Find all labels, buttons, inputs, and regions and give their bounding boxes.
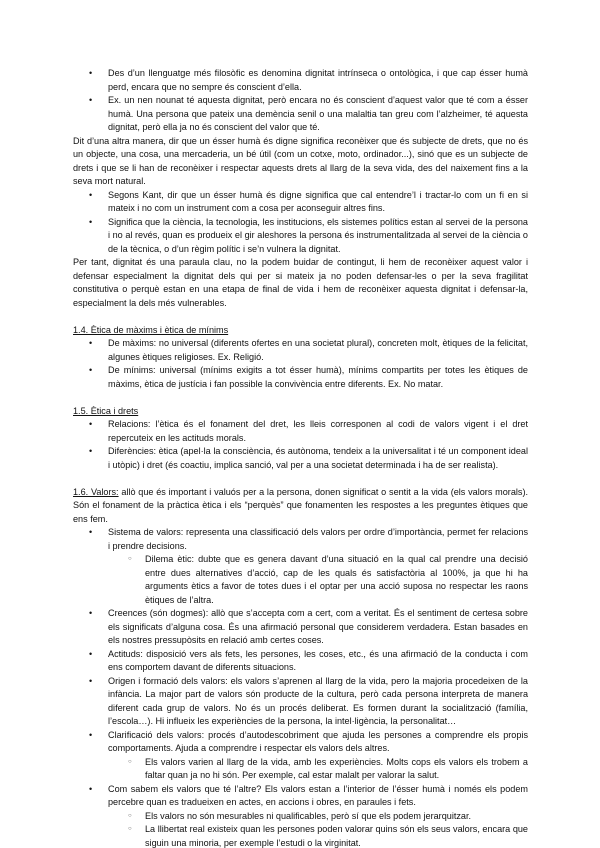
sub-list-item: Els valors varien al llarg de la vida, a… (73, 756, 528, 783)
list-item: Significa que la ciència, la tecnologia,… (73, 216, 528, 257)
list-item: Relacions: l’ètica és el fonament del dr… (73, 418, 528, 445)
list-item: Actituds: disposició vers als fets, les … (73, 648, 528, 675)
list-item: Creences (són dogmes): allò que s’accept… (73, 607, 528, 648)
list-item: De mínims: universal (mínims exigits a t… (73, 364, 528, 391)
list-item: Des d’un llenguatge més filosòfic es den… (73, 67, 528, 94)
list-item: Diferències: ètica (apel·la la consciènc… (73, 445, 528, 472)
paragraph: Dit d’una altra manera, dir que un ésser… (73, 135, 528, 189)
list-item: Segons Kant, dir que un ésser humà és di… (73, 189, 528, 216)
section-14-list: De màxims: no universal (diferents ofert… (73, 337, 528, 391)
document-page: Des d’un llenguatge més filosòfic es den… (73, 67, 528, 848)
spacer (73, 472, 528, 486)
list-item: Sistema de valors: representa una classi… (73, 526, 528, 607)
sub-list-item: Els valors no són mesurables ni qualific… (73, 810, 528, 824)
heading-text: 1.5. Ètica i drets (73, 406, 138, 416)
list-item: De màxims: no universal (diferents ofert… (73, 337, 528, 364)
list-item: Origen i formació dels valors: els valor… (73, 675, 528, 729)
sub-list: Dilema ètic: dubte que es genera davant … (108, 553, 528, 607)
list-item: Ex. un nen nounat té aquesta dignitat, p… (73, 94, 528, 135)
list-item: Com sabem els valors que té l’altre? Els… (73, 783, 528, 848)
spacer (73, 391, 528, 405)
item-text: Sistema de valors: representa una classi… (108, 527, 528, 551)
section-16-intro: 1.6. Valors: allò que és important i val… (73, 486, 528, 527)
sub-list: Els valors no són mesurables ni qualific… (108, 810, 528, 848)
kant-list: Segons Kant, dir que un ésser humà és di… (73, 189, 528, 257)
spacer (73, 310, 528, 324)
section-16-list: Sistema de valors: representa una classi… (73, 526, 528, 848)
heading-text: 1.6. Valors: (73, 487, 119, 497)
section-15-list: Relacions: l’ètica és el fonament del dr… (73, 418, 528, 472)
paragraph: Per tant, dignitat és una paraula clau, … (73, 256, 528, 310)
intro-text: allò que és important i valuós per a la … (73, 487, 528, 524)
item-text: Clarificació dels valors: procés d’autod… (108, 730, 528, 754)
sub-list: Els valors varien al llarg de la vida, a… (108, 756, 528, 783)
sub-list-item: La llibertat real existeix quan les pers… (73, 823, 528, 848)
sub-list-item: Dilema ètic: dubte que es genera davant … (73, 553, 528, 607)
section-heading: 1.5. Ètica i drets (73, 405, 528, 419)
list-item: Clarificació dels valors: procés d’autod… (73, 729, 528, 783)
heading-text: 1.4. Ètica de màxims i ètica de mínims (73, 325, 228, 335)
section-heading: 1.4. Ètica de màxims i ètica de mínims (73, 324, 528, 338)
item-text: Com sabem els valors que té l’altre? Els… (108, 784, 528, 808)
intro-list: Des d’un llenguatge més filosòfic es den… (73, 67, 528, 135)
